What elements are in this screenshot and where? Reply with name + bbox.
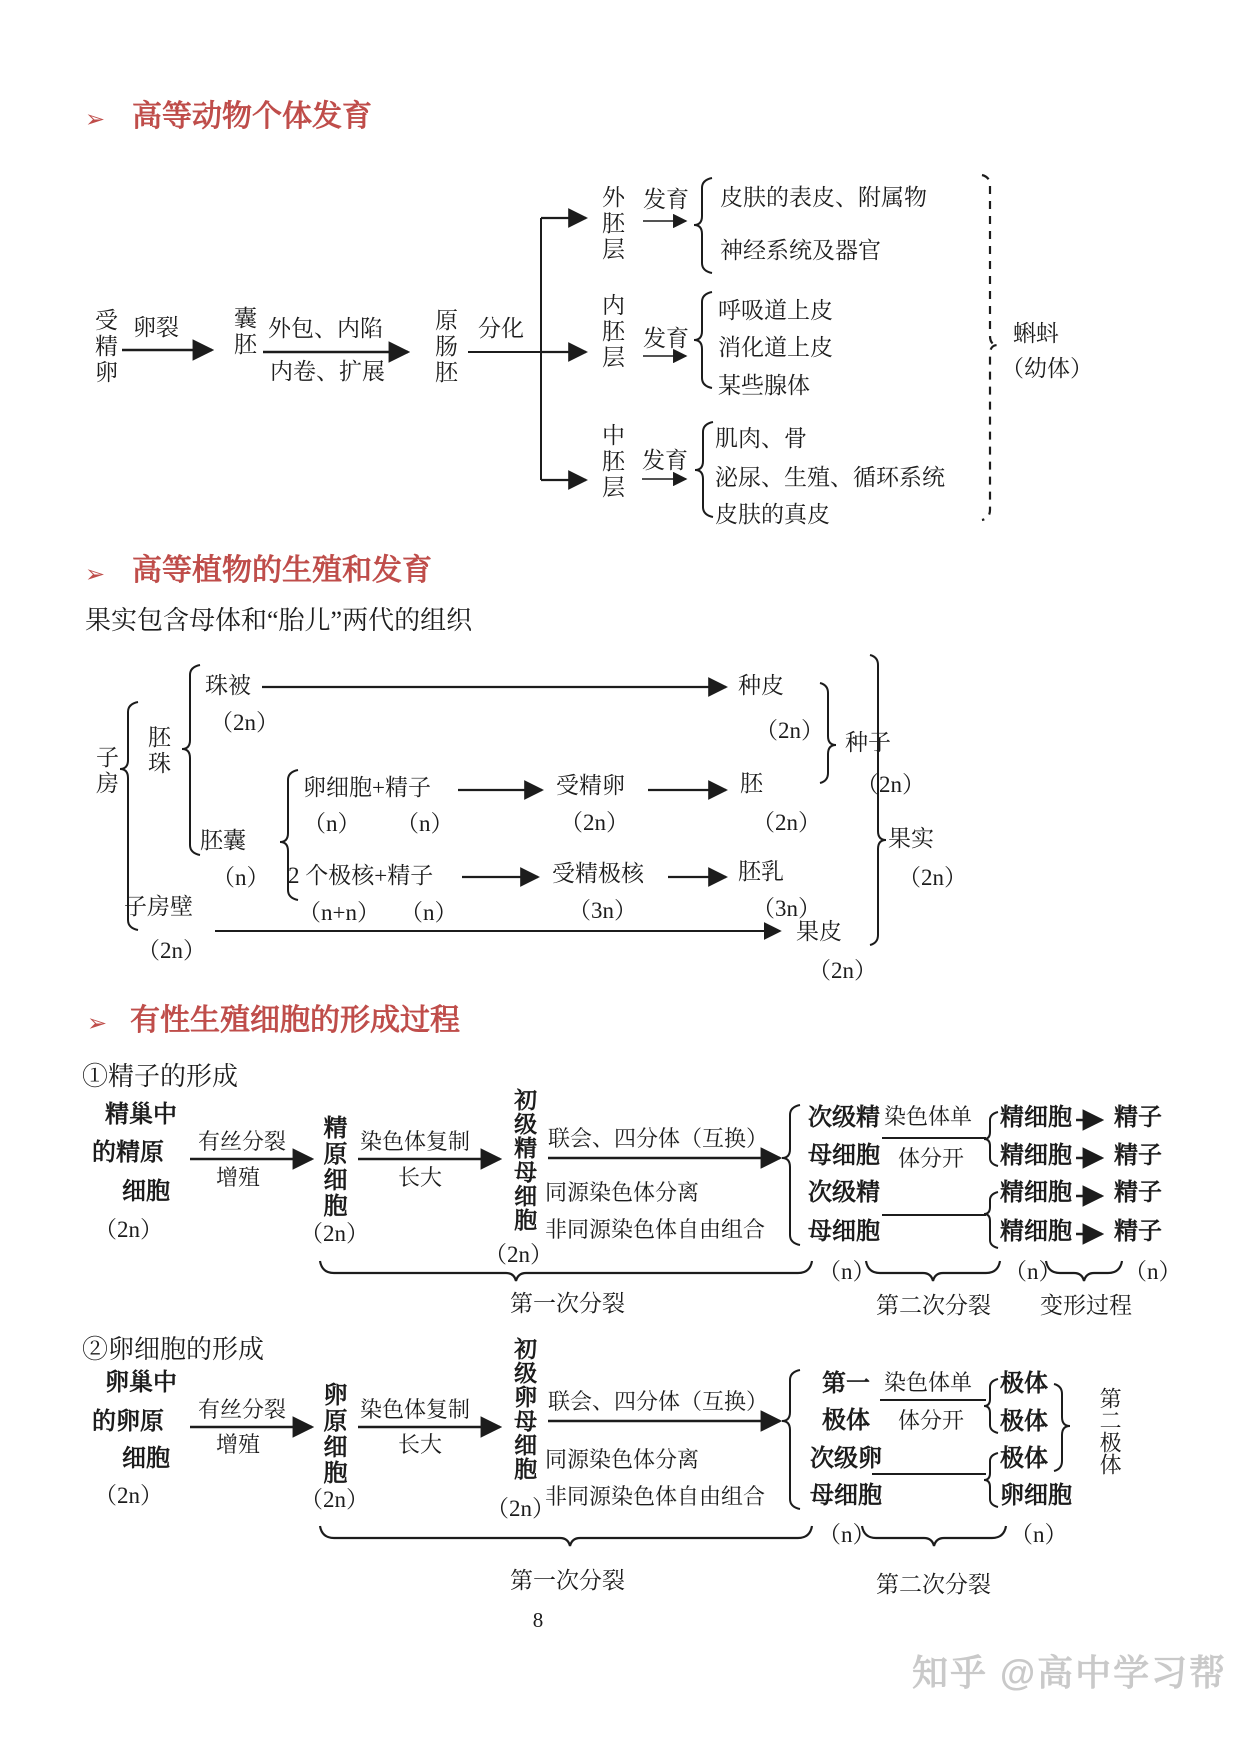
- gastrula-label: 原肠胚: [433, 308, 456, 386]
- tadpole-label: 蝌蚪: [1013, 321, 1059, 347]
- ovule-brace: [182, 665, 200, 855]
- endoderm-brace: [694, 292, 712, 388]
- egg-start-line-2: 的卵原: [92, 1408, 164, 1436]
- polar-body-label-1: 极体: [1000, 1370, 1048, 1398]
- sperm-start-ploidy: （2n）: [94, 1217, 163, 1243]
- pericarp-label: 果皮: [796, 919, 842, 945]
- polar-body-label-2: 极体: [1000, 1408, 1048, 1436]
- differentiation-label: 分化: [478, 316, 524, 342]
- egg-phase1-label: 第一次分裂: [510, 1568, 625, 1594]
- polar-body-label-3: 极体: [1000, 1445, 1048, 1473]
- spermatid-brace-2: [984, 1192, 998, 1248]
- secondary-spermatocyte-1a: 次级精: [808, 1104, 880, 1132]
- mesoderm-label: 中胚层: [600, 423, 623, 501]
- document-page: { "titles": { "bullet": "➢", "animal": "…: [0, 0, 1242, 1754]
- secondary-oocyte-b: 母细胞: [810, 1482, 882, 1510]
- oogonium-label: 卵原细胞: [320, 1382, 344, 1486]
- sperm-start-line-1: 精巢中: [105, 1101, 177, 1129]
- primary-spermatocyte-ploidy: （2n）: [484, 1242, 553, 1268]
- first-polar-body-1a: 第一: [822, 1370, 870, 1398]
- develop-label-3: 发育: [642, 448, 688, 474]
- integument-label: 珠被: [205, 673, 251, 699]
- spermatid-label-2: 精细胞: [1000, 1142, 1072, 1170]
- second-division-underbrace: [866, 1261, 1000, 1281]
- sperm-phase1-label: 第一次分裂: [510, 1291, 625, 1317]
- oogonium-ploidy: （2n）: [300, 1487, 369, 1513]
- sperm-split-top-label: 染色体单: [884, 1104, 972, 1129]
- ovary-wall-ploidy: （2n）: [137, 938, 206, 964]
- cleavage-label: 卵裂: [133, 315, 179, 341]
- secondary-spermatocyte-1b: 母细胞: [808, 1142, 880, 1170]
- egg-arrow1-bottom-label: 增殖: [216, 1432, 260, 1457]
- polar-brace-1: [984, 1379, 998, 1433]
- sperm-label-4: 精子: [1114, 1218, 1162, 1246]
- fruit-brace: [870, 655, 886, 945]
- egg-split-top-label: 染色体单: [884, 1370, 972, 1395]
- egg-split-bottom-label: 体分开: [898, 1408, 964, 1433]
- gastrulation-top-label: 外包、内陷: [268, 316, 383, 342]
- seed-coat-label: 种皮: [738, 673, 784, 699]
- secondary-oocyte-a: 次级卵: [810, 1445, 882, 1473]
- plant-section-title: 高等植物的生殖和发育: [132, 554, 432, 589]
- endoderm-label: 内胚层: [600, 293, 623, 371]
- sperm-arrow1-top-label: 有丝分裂: [198, 1129, 286, 1154]
- spermatid-label-1: 精细胞: [1000, 1104, 1072, 1132]
- egg-arrow2-top-label: 染色体复制: [360, 1397, 470, 1422]
- egg-second-division-underbrace: [862, 1526, 1006, 1546]
- secondary-brace: [782, 1105, 800, 1245]
- egg-heading: ②卵细胞的形成: [82, 1335, 264, 1365]
- spermatogonium-label: 精原细胞: [320, 1115, 344, 1219]
- second-polar-body-label: 第二极体: [1098, 1387, 1121, 1475]
- primary-oocyte-label: 初级卵母细胞: [512, 1337, 536, 1481]
- egg-secondary-brace: [782, 1370, 800, 1509]
- plant-note: 果实包含母体和“胎儿”两代的组织: [85, 606, 472, 636]
- primary-spermatocyte-label: 初级精母细胞: [512, 1088, 536, 1232]
- fertilized-polar-ploidy: （3n）: [568, 898, 637, 924]
- mesoderm-brace: [695, 422, 713, 517]
- egg-arrow1-top-label: 有丝分裂: [198, 1397, 286, 1422]
- ectoderm-outcome-1: 皮肤的表皮、附属物: [720, 185, 927, 211]
- endoderm-outcome-1: 呼吸道上皮: [718, 298, 833, 324]
- sperm-start-line-3: 细胞: [122, 1178, 170, 1206]
- develop-label-1: 发育: [643, 187, 689, 213]
- polar-ploidy-1: （n+n）: [298, 900, 380, 926]
- sperm-start-line-2: 的精原: [92, 1139, 164, 1167]
- egg-separation-label: 同源染色体分离: [545, 1447, 699, 1472]
- embryo-label: 胚: [740, 771, 763, 797]
- egg-ploidy-1: （n）: [303, 811, 361, 837]
- polar-plus-sperm-label: 2 个极核+精子: [288, 863, 433, 889]
- ectoderm-label: 外胚层: [600, 185, 623, 263]
- egg-start-line-3: 细胞: [122, 1445, 170, 1473]
- ovule-label: 胚珠: [146, 725, 169, 777]
- egg-start-line-1: 卵巢中: [105, 1369, 177, 1397]
- egg-synapsis-label: 联会、四分体（互换）: [548, 1389, 768, 1414]
- sperm-synapsis-label: 联会、四分体（互换）: [548, 1126, 768, 1151]
- pericarp-ploidy: （2n）: [808, 958, 877, 984]
- egg-free-combination-label: 非同源染色体自由组合: [545, 1484, 765, 1509]
- sperm-label-3: 精子: [1114, 1179, 1162, 1207]
- zygote-plant-label: 受精卵: [556, 773, 625, 799]
- spermatid-label-4: 精细胞: [1000, 1218, 1072, 1246]
- mesoderm-outcome-1: 肌肉、骨: [715, 426, 807, 452]
- embryo-sac-ploidy: （n）: [212, 865, 270, 891]
- tadpole-larva-label: （幼体）: [1001, 356, 1093, 382]
- seed-ploidy: （2n）: [856, 772, 925, 798]
- tadpole-dashed-brace: [982, 175, 998, 520]
- polar-brace-2: [984, 1453, 998, 1507]
- ectoderm-outcome-2: 神经系统及器官: [720, 238, 881, 264]
- egg-phase2-label: 第二次分裂: [876, 1572, 991, 1598]
- zygote-label: 受精卵: [93, 308, 116, 386]
- seed-coat-ploidy: （2n）: [755, 718, 824, 744]
- first-polar-body-1b: 极体: [822, 1407, 870, 1435]
- sperm-arrow2-bottom-label: 长大: [398, 1165, 442, 1190]
- egg-ploidy-n-1: （n）: [818, 1522, 876, 1548]
- egg-ploidy-n-2: （n）: [1010, 1522, 1068, 1548]
- ovary-label: 子房: [94, 745, 117, 797]
- sperm-free-combination-label: 非同源染色体自由组合: [545, 1217, 765, 1242]
- fruit-ploidy: （2n）: [898, 865, 967, 891]
- spermatid-brace-1: [984, 1112, 998, 1166]
- integument-ploidy: （2n）: [210, 710, 279, 736]
- sperm-label-2: 精子: [1114, 1142, 1162, 1170]
- ovary-wall-label: 子房壁: [124, 894, 193, 920]
- zygote-plant-ploidy: （2n）: [560, 810, 629, 836]
- sperm-separation-label: 同源染色体分离: [545, 1180, 699, 1205]
- endoderm-outcome-2: 消化道上皮: [718, 335, 833, 361]
- sperm-ploidy-1: （n）: [818, 1259, 876, 1285]
- plant-bullet-icon: ➢: [85, 561, 105, 589]
- embryo-ploidy: （2n）: [752, 810, 821, 836]
- embryo-sac-label: 胚囊: [200, 828, 246, 854]
- gamete-bullet-icon: ➢: [87, 1010, 107, 1038]
- polar-ploidy-2: （n）: [400, 900, 458, 926]
- animal-bullet-icon: ➢: [85, 106, 105, 134]
- gastrulation-bottom-label: 内卷、扩展: [270, 359, 385, 385]
- sperm-arrow2-top-label: 染色体复制: [360, 1129, 470, 1154]
- animal-section-title: 高等动物个体发育: [132, 100, 372, 135]
- secondary-spermatocyte-2b: 母细胞: [808, 1218, 880, 1246]
- mesoderm-outcome-2: 泌尿、生殖、循环系统: [715, 465, 945, 491]
- egg-start-ploidy: （2n）: [94, 1483, 163, 1509]
- sperm-split-bottom-label: 体分开: [898, 1146, 964, 1171]
- fruit-label: 果实: [888, 826, 934, 852]
- ectoderm-brace: [694, 178, 712, 273]
- second-polar-brace: [1054, 1384, 1070, 1471]
- egg-plus-sperm-label: 卵细胞+精子: [303, 775, 431, 801]
- blastula-label: 囊胚: [232, 306, 255, 358]
- endoderm-outcome-3: 某些腺体: [718, 373, 810, 399]
- egg-ploidy-2: （n）: [396, 811, 454, 837]
- watermark: 知乎 @高中学习帮: [912, 1652, 1227, 1693]
- secondary-spermatocyte-2a: 次级精: [808, 1179, 880, 1207]
- first-division-underbrace: [320, 1261, 812, 1281]
- fertilized-polar-label: 受精极核: [552, 861, 644, 887]
- sperm-label-1: 精子: [1114, 1104, 1162, 1132]
- page-number: 8: [500, 1608, 576, 1632]
- sperm-ploidy-2: （n）: [1004, 1259, 1062, 1285]
- sperm-ploidy-3: （n）: [1124, 1259, 1182, 1285]
- spermatogonium-ploidy: （2n）: [300, 1221, 369, 1247]
- egg-first-division-underbrace: [320, 1526, 812, 1546]
- gamete-section-title: 有性生殖细胞的形成过程: [130, 1004, 460, 1039]
- develop-label-2: 发育: [643, 326, 689, 352]
- sperm-arrow1-bottom-label: 增殖: [216, 1165, 260, 1190]
- seed-label: 种子: [845, 730, 891, 756]
- sperm-heading: ①精子的形成: [82, 1062, 238, 1092]
- endosperm-label: 胚乳: [738, 859, 784, 885]
- sperm-phase3-label: 变形过程: [1040, 1293, 1132, 1319]
- egg-cell-label: 卵细胞: [1000, 1482, 1072, 1510]
- spermatid-label-3: 精细胞: [1000, 1179, 1072, 1207]
- egg-arrow2-bottom-label: 长大: [398, 1432, 442, 1457]
- mesoderm-outcome-3: 皮肤的真皮: [715, 502, 830, 528]
- sperm-phase2-label: 第二次分裂: [876, 1293, 991, 1319]
